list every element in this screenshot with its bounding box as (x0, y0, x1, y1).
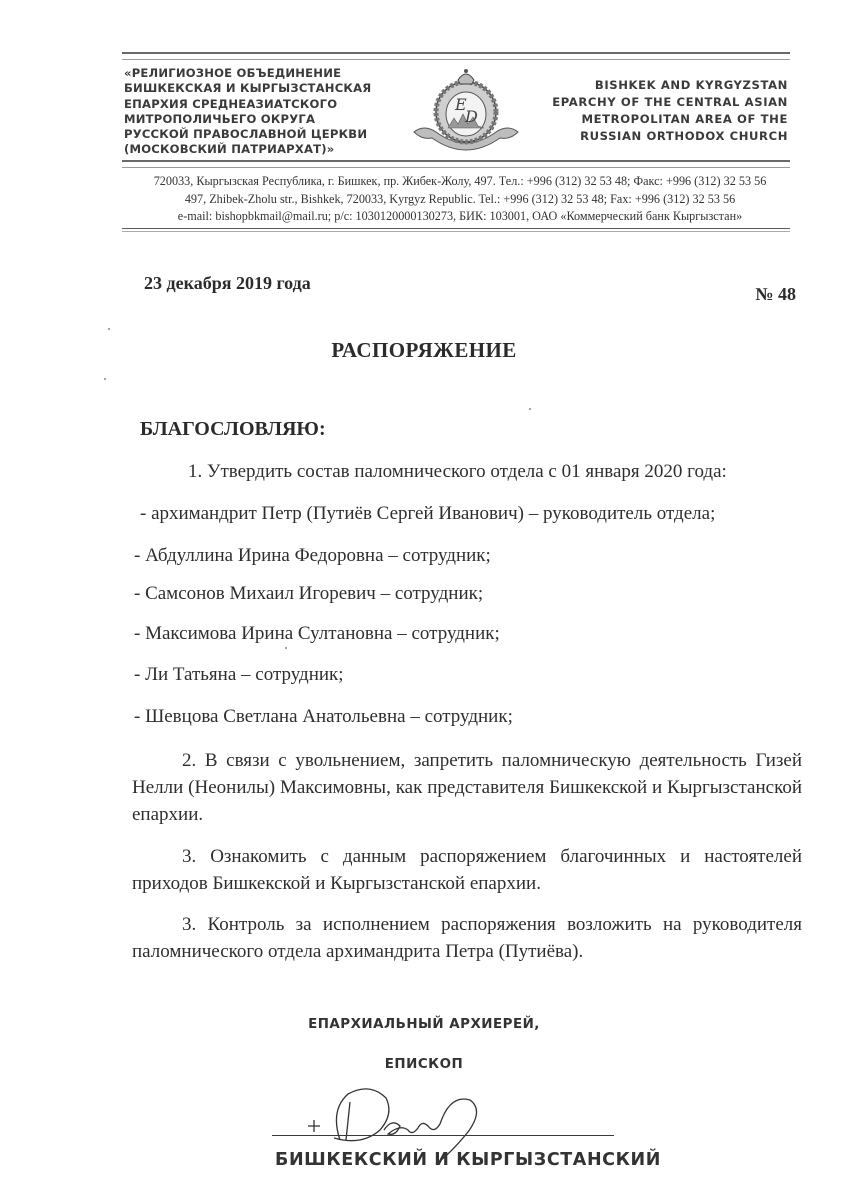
member-list-item: - Самсонов Михаил Игоревич – сотрудник; (134, 583, 483, 605)
org-ru-line: МИТРОПОЛИЧЬЕГО ОКРУГА (124, 112, 384, 127)
member-list-item: - архимандрит Петр (Путиёв Сергей Иванов… (140, 503, 715, 525)
org-en-line: EPARCHY OF THE CENTRAL ASIAN (508, 94, 788, 111)
scan-speck (108, 328, 110, 330)
contact-line-bank: e-mail: bishopbkmail@mail.ru; р/с: 10301… (110, 208, 810, 226)
signature-line (272, 1135, 614, 1136)
item-1-intro: 1. Утвердить состав паломнического отдел… (188, 461, 727, 483)
org-en-line: METROPOLITAN AREA OF THE (508, 111, 788, 128)
org-ru-line: РУССКОЙ ПРАВОСЛАВНОЙ ЦЕРКВИ (124, 127, 384, 142)
scan-speck (104, 378, 106, 380)
letterhead-bottom-rule (122, 228, 790, 232)
item-3b-paragraph: 3. Контроль за исполнением распоряжения … (132, 911, 802, 965)
document-number: № 48 (755, 284, 796, 305)
document-title: РАСПОРЯЖЕНИЕ (0, 338, 848, 363)
contact-line-en: 497, Zhibek-Zholu str., Bishkek, 720033,… (110, 191, 810, 209)
member-list-item: - Абдуллина Ирина Федоровна – сотрудник; (134, 545, 491, 567)
org-en-line: BISHKEK AND KYRGYZSTAN (508, 77, 788, 94)
org-ru-line: БИШКЕКСКАЯ И КЫРГЫЗСТАНСКАЯ (124, 81, 384, 96)
eparchy-emblem-icon: E D (410, 62, 522, 162)
org-ru-line: (МОСКОВСКИЙ ПАТРИАРХАТ)» (124, 142, 384, 157)
signatory-see: БИШКЕКСКИЙ И КЫРГЫЗСТАНСКИЙ (275, 1150, 661, 1170)
member-list-item: - Шевцова Светлана Анатольевна – сотрудн… (134, 706, 513, 728)
org-ru-line: ЕПАРХИЯ СРЕДНЕАЗИАТСКОГО (124, 97, 384, 112)
contact-details: 720033, Кыргызская Республика, г. Бишкек… (110, 173, 810, 226)
org-ru-line: «РЕЛИГИОЗНОЕ ОБЪЕДИНЕНИЕ (124, 66, 384, 81)
contact-line-ru: 720033, Кыргызская Республика, г. Бишкек… (110, 173, 810, 191)
signatory-rank: ЕПИСКОП (0, 1057, 848, 1072)
scan-speck (529, 408, 531, 410)
member-list-item: - Ли Татьяна – сотрудник; (134, 664, 344, 686)
org-name-english: BISHKEK AND KYRGYZSTAN EPARCHY OF THE CE… (508, 77, 788, 145)
blessing-heading: БЛАГОСЛОВЛЯЮ: (140, 418, 326, 441)
signatory-title: ЕПАРХИАЛЬНЫЙ АРХИЕРЕЙ, (0, 1017, 848, 1032)
item-3a-paragraph: 3. Ознакомить с данным распоряжением бла… (132, 843, 802, 897)
item-2-paragraph: 2. В связи с увольнением, запретить пало… (132, 747, 802, 828)
document-date: 23 декабря 2019 года (144, 273, 311, 294)
scan-speck (285, 647, 287, 649)
svg-text:D: D (464, 107, 478, 126)
letterhead-middle-rule (122, 160, 790, 168)
org-en-line: RUSSIAN ORTHODOX CHURCH (508, 128, 788, 145)
letterhead-top-rule (122, 52, 790, 60)
org-name-russian: «РЕЛИГИОЗНОЕ ОБЪЕДИНЕНИЕ БИШКЕКСКАЯ И КЫ… (124, 66, 384, 158)
member-list-item: - Максимова Ирина Султановна – сотрудник… (134, 623, 500, 645)
